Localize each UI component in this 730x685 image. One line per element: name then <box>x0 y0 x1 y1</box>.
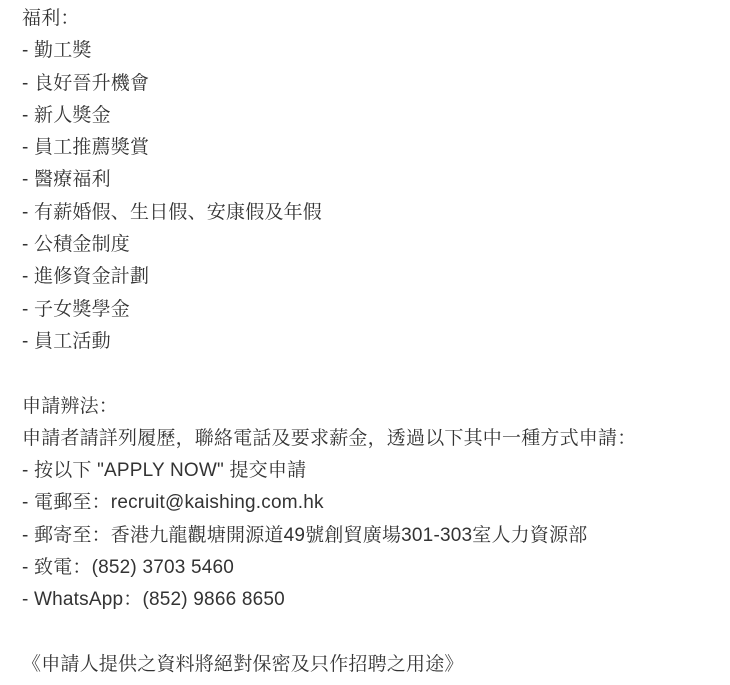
blank-line <box>22 358 710 390</box>
application-heading: 申請辨法： <box>22 391 710 423</box>
blank-line <box>22 617 710 649</box>
benefit-item: - 良好晉升機會 <box>22 68 710 100</box>
benefits-heading: 福利： <box>22 3 710 35</box>
benefit-item: - 員工推薦獎賞 <box>22 132 710 164</box>
application-method-email: - 電郵至：recruit@kaishing.com.hk <box>22 487 710 519</box>
benefit-item: - 公積金制度 <box>22 229 710 261</box>
benefit-item: - 子女獎學金 <box>22 294 710 326</box>
benefit-item: - 醫療福利 <box>22 164 710 196</box>
application-method-phone: - 致電：(852) 3703 5460 <box>22 552 710 584</box>
job-description: 福利： - 勤工獎 - 良好晉升機會 - 新人獎金 - 員工推薦獎賞 - 醫療福… <box>0 0 730 681</box>
application-intro: 申請者請詳列履歷，聯絡電話及要求薪金，透過以下其中一種方式申請： <box>22 423 710 455</box>
privacy-note: 《申請人提供之資料將絕對保密及只作招聘之用途》 <box>22 649 710 681</box>
benefit-item: - 有薪婚假、生日假、安康假及年假 <box>22 197 710 229</box>
application-method-mail: - 郵寄至：香港九龍觀塘開源道49號創貿廣場301-303室人力資源部 <box>22 520 710 552</box>
benefit-item: - 勤工獎 <box>22 35 710 67</box>
benefit-item: - 進修資金計劃 <box>22 261 710 293</box>
benefit-item: - 員工活動 <box>22 326 710 358</box>
application-method-apply-now: - 按以下 "APPLY NOW" 提交申請 <box>22 455 710 487</box>
application-method-whatsapp: - WhatsApp：(852) 9866 8650 <box>22 584 710 616</box>
benefit-item: - 新人獎金 <box>22 100 710 132</box>
